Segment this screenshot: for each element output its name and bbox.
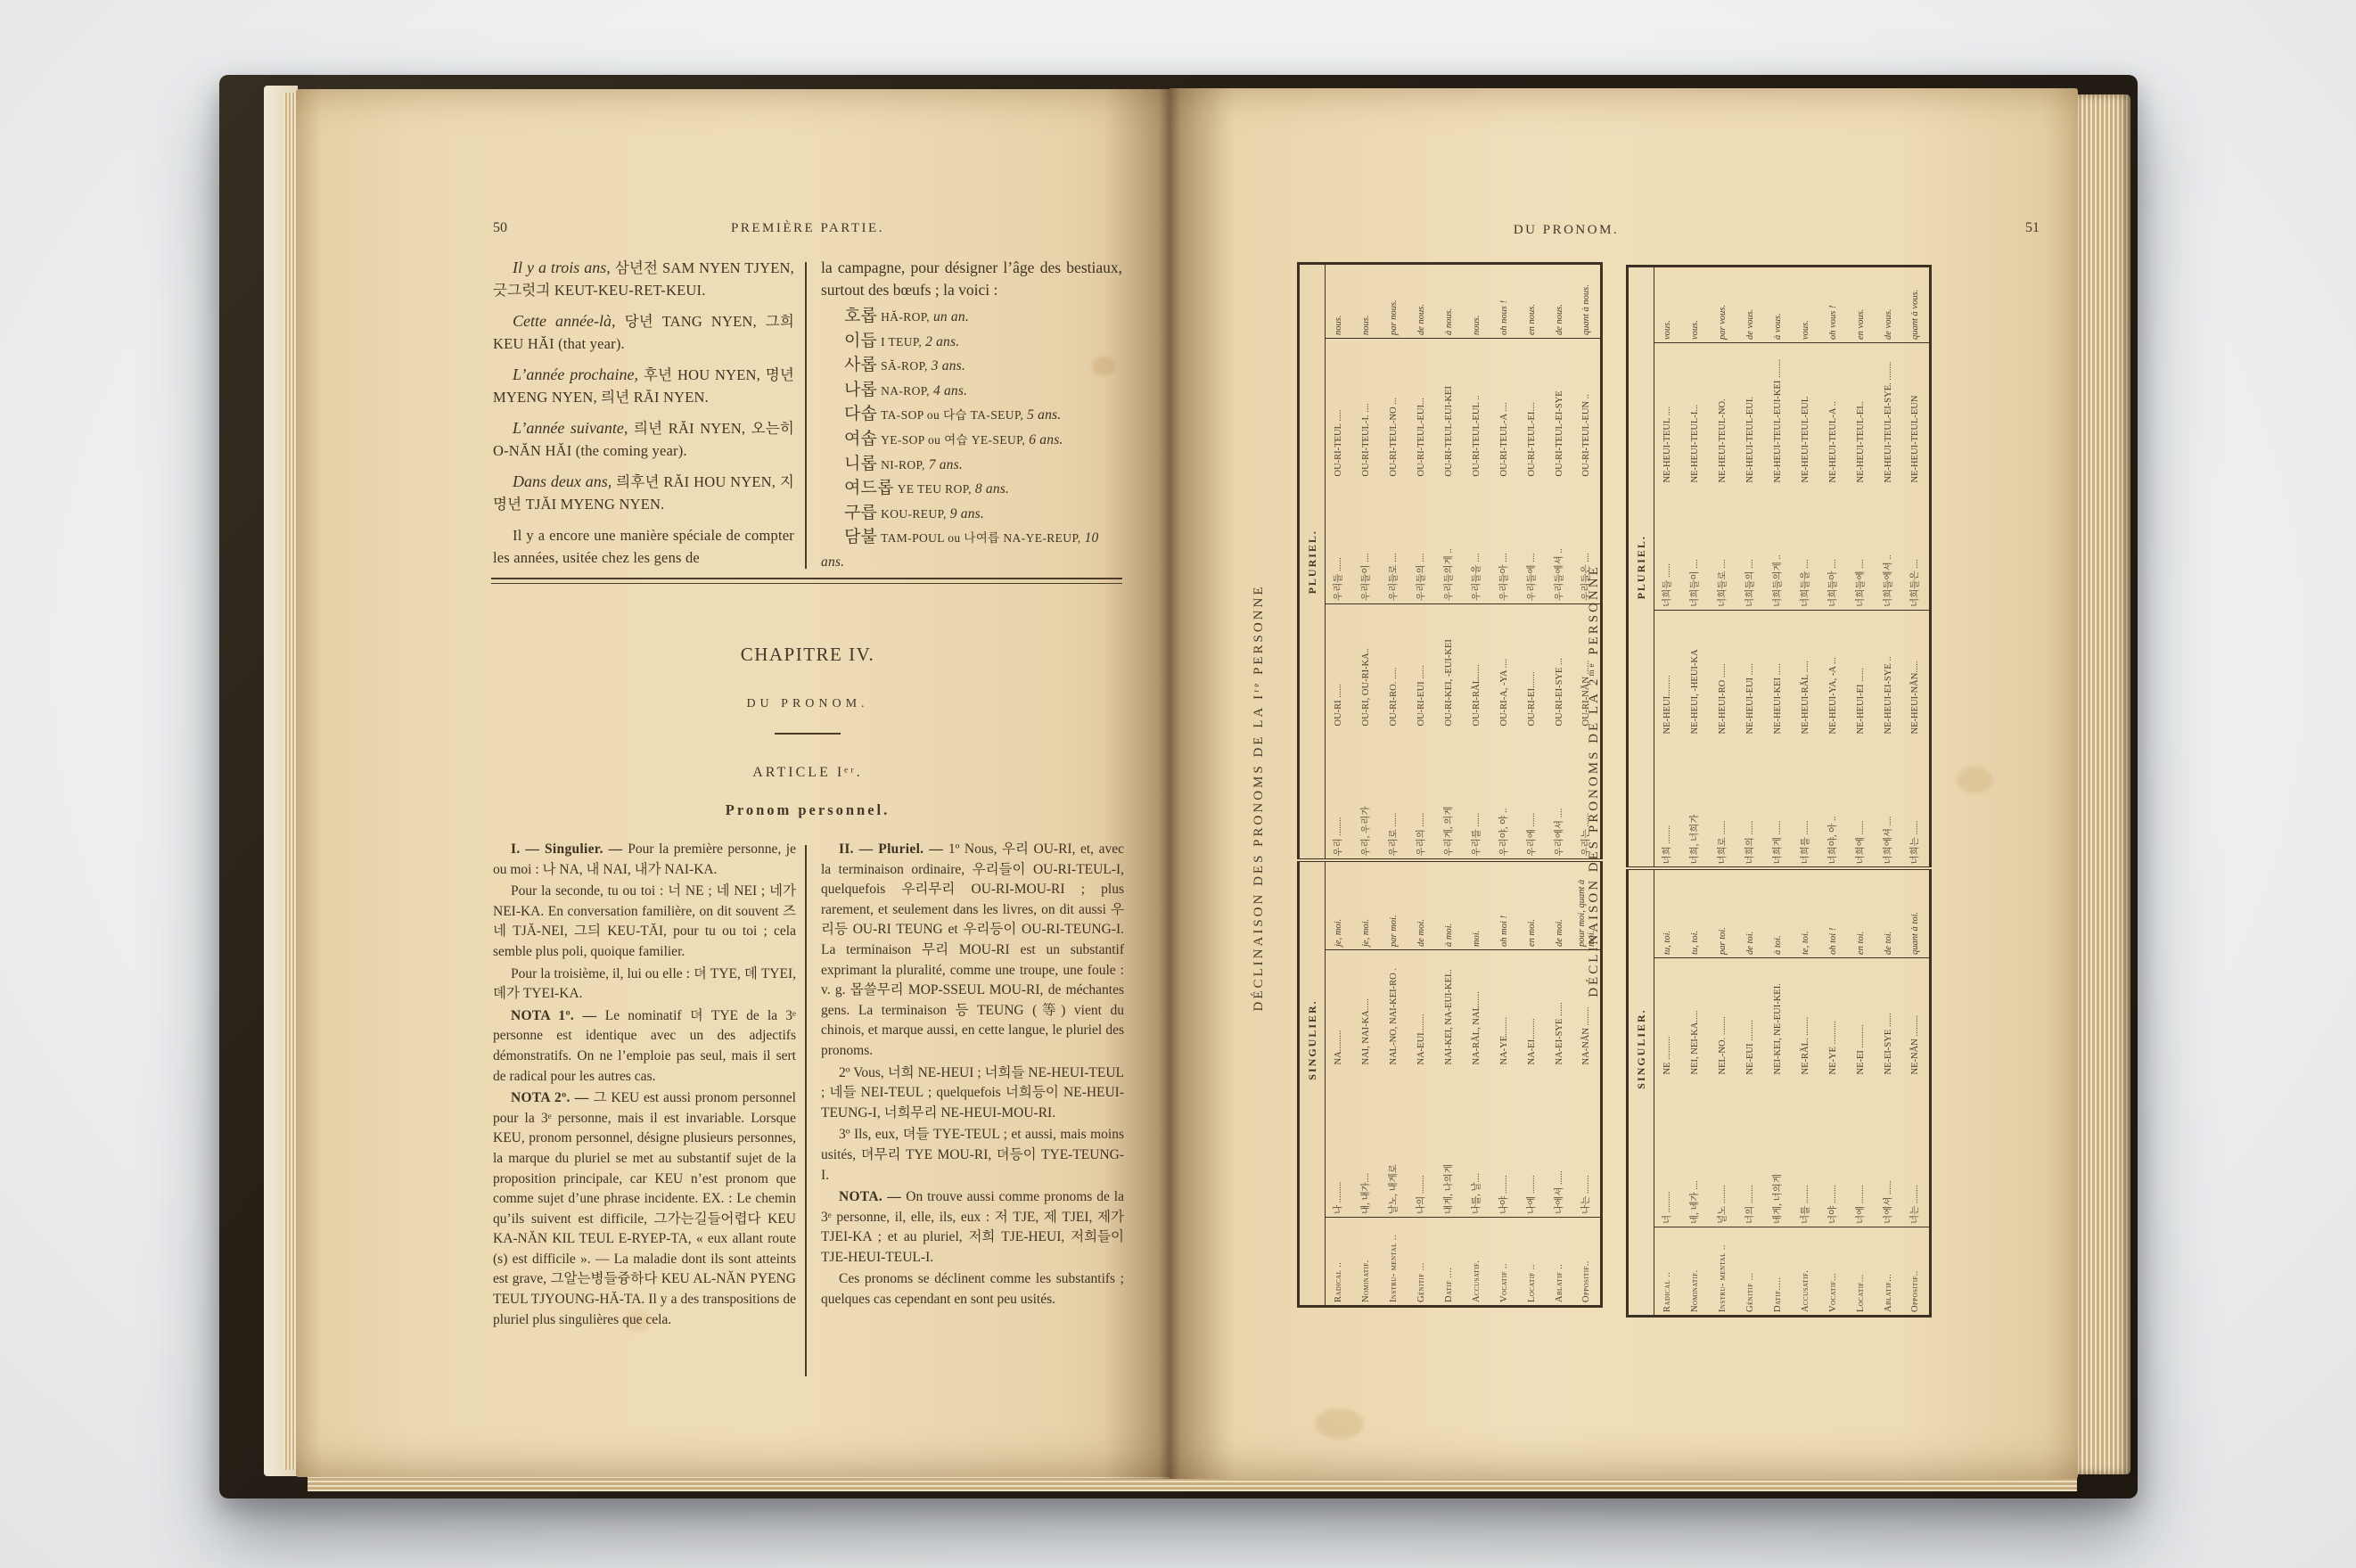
singular-gloss: je, moi. <box>1353 861 1381 950</box>
paragraph: Dans deux ans, 릐후년 RĂI HOU NYEN, 지명년 TJĂ… <box>493 471 794 515</box>
plural2-hangul: 우리들에 .... <box>1519 480 1547 604</box>
plural1-romanization: NE-HEUI-EUI ..... <box>1737 611 1765 737</box>
section-divider-rule <box>491 578 1122 584</box>
singular-gloss: par moi. <box>1381 861 1408 950</box>
singular-hangul: 네게, 너의게 <box>1765 1078 1793 1227</box>
plural-gloss: vous. <box>1793 266 1820 342</box>
plural-gloss: oh nous ! <box>1491 263 1519 338</box>
paragraph: Il y a trois ans, 삼년전 SAM NYEN TJYEN, 긋그… <box>493 257 794 301</box>
plural1-hangul: 너희 ........ <box>1654 737 1682 869</box>
case-label: Accusatif. <box>1793 1227 1820 1317</box>
plural2-romanization: NE-HEUI-TEUL-EI-SYE. ........ <box>1876 343 1903 486</box>
declension-row: Ablatif .. 나에셔 ...... NA-EI-SYE ...... d… <box>1547 263 1574 1306</box>
paragraph-text: 3º Ils, eux, 뎌들 TYE-TEUL ; et aussi, mai… <box>821 1127 1124 1182</box>
p50-body-right-column: II. — Pluriel. — 1º Nous, 우리 OU-RI, et, … <box>821 840 1124 1312</box>
singular-hangul: 나에 ........ <box>1519 1068 1547 1218</box>
singular-hangul: 내, 내가.... <box>1353 1068 1381 1218</box>
declension-row: Datif .... 내게, 나의게 NAI-KEI, NA-EUI-KEI..… <box>1436 263 1464 1306</box>
case-label: Vocatif... <box>1820 1227 1848 1317</box>
paragraph: Pour la troisième, il, lui ou elle : 뎌 T… <box>493 965 796 1005</box>
declension-table: SINGULIER. PLURIEL. Radical .. 나 .......… <box>1297 262 1603 1308</box>
plural2-romanization: NE-HEUI-TEUL-EI.. <box>1848 343 1876 486</box>
plural-gloss: quant à nous. <box>1574 263 1602 338</box>
age-list-item: 여솝 YE-SOP ou 여습 YE-SEUP, 6 ans. <box>821 428 1122 453</box>
plural1-romanization: NE-HEUI-YA, -A ... <box>1820 611 1848 737</box>
case-label: Génitif ... <box>1737 1227 1765 1317</box>
paragraph: Cette année-là, 당년 TANG NYEN, 그희 KEU HĂI… <box>493 310 794 355</box>
paragraph-lead: L’année suivante, <box>513 419 634 437</box>
declension-table-1st-person: SINGULIER. PLURIEL. Radical .. 나 .......… <box>1297 265 1602 1308</box>
case-label: Instru- mental .. <box>1710 1227 1737 1317</box>
paragraph: NOTA 2º. — 그 KEU est aussi pronom person… <box>493 1088 796 1330</box>
age-list-item: 이듭 I TEUP, 2 ans. <box>821 330 1122 355</box>
plural-gloss: quant à vous. <box>1903 266 1931 342</box>
case-label: Génitif ... <box>1408 1218 1436 1307</box>
article-heading: ARTICLE Iᵉʳ. <box>493 765 1122 781</box>
singular-hangul: 네, 네가 .... <box>1682 1078 1710 1227</box>
case-label: Nominatif. <box>1353 1218 1381 1307</box>
case-label: Vocatif .. <box>1491 1218 1519 1307</box>
hangul-text: 이듭 <box>844 332 877 350</box>
plural2-romanization: OU-RI-TEUL-EI.... <box>1519 339 1547 480</box>
singular-header: SINGULIER. <box>1628 869 1654 1227</box>
paragraph: NOTA. — On trouve aussi comme pronoms de… <box>821 1187 1124 1268</box>
ages-intro: la campagne, pour désigner l’âge des bes… <box>821 257 1122 301</box>
plural1-hangul: 우리에셔 .... <box>1547 729 1574 861</box>
case-column-header <box>1299 1218 1326 1307</box>
singular-gloss: moi. <box>1464 861 1491 950</box>
case-label: Ablatif .. <box>1547 1218 1574 1307</box>
plural-gloss: en vous. <box>1848 266 1876 342</box>
plural2-hangul: 우리들 ...... <box>1326 480 1353 604</box>
plural2-hangul: 우리들로 .... <box>1381 480 1408 604</box>
paragraph: Il y a encore une manière spéciale de co… <box>493 524 794 569</box>
singular-romanization: NAL-NO, NAI-KEI-RO . <box>1381 950 1408 1068</box>
declension-row: Locatif .. 나에 ........ NA-EI......... en… <box>1519 263 1547 1306</box>
plural-gloss: à nous. <box>1436 263 1464 338</box>
running-header-right: DU PRONOM. <box>1468 223 1664 238</box>
plural-gloss: nous. <box>1326 263 1353 338</box>
singular-hangul: 나를, 날.... <box>1464 1068 1491 1218</box>
plural2-romanization: OU-RI-TEUL-I. .... <box>1353 339 1381 480</box>
age-list-item: 여드롭 YE TEU ROP, 8 ans. <box>821 477 1122 502</box>
french-gloss: 8 ans. <box>975 481 1009 497</box>
plural1-romanization: OU-RI-RO. ..... <box>1381 604 1408 729</box>
plural2-romanization: NE-HEUI-TEUL-EUL <box>1793 343 1820 486</box>
plural2-hangul: 너희들의 .... <box>1737 486 1765 611</box>
singular-romanization: NA-EI......... <box>1519 950 1547 1068</box>
singular-romanization: NE-NĂN ......... <box>1903 958 1931 1078</box>
singular-gloss: tu, toi. <box>1682 869 1710 958</box>
paragraph-lead: Cette année-là, <box>513 312 625 330</box>
plural1-romanization: NE-HEUI-NĂN..... <box>1903 611 1931 737</box>
french-gloss: 9 ans. <box>950 506 984 521</box>
singular-hangul: 너는 ........ <box>1903 1078 1931 1227</box>
plural2-hangul: 너희들로 .... <box>1710 486 1737 611</box>
french-gloss: 3 ans. <box>932 358 965 374</box>
plural2-hangul: 너희들 ...... <box>1654 486 1682 611</box>
paragraph-lead: Il y a trois ans, <box>513 259 615 276</box>
hangul-text: 담불 <box>844 528 877 546</box>
romanization-text: HĂ-ROP, <box>881 310 930 324</box>
paragraph: 2º Vous, 너희 NE-HEUI ; 너희들 NE-HEUI-TEUL ;… <box>821 1063 1124 1124</box>
declension-row: Locatif... 너에 ........ NE-EI .......... … <box>1848 266 1876 1316</box>
table-header-row: SINGULIER. PLURIEL. <box>1299 263 1326 1306</box>
plural1-hangul: 우리, 우리가 <box>1353 729 1381 861</box>
plural1-romanization: OU-RI-EUI ...... <box>1408 604 1436 729</box>
paragraph-lead: L’année prochaine, <box>513 365 644 383</box>
singular-header: SINGULIER. <box>1299 861 1326 1218</box>
declension-row: Radical .. 너 ......... NE .......... tu,… <box>1654 266 1682 1316</box>
paragraph-text: Il y a encore une manière spéciale de co… <box>493 527 794 566</box>
french-gloss: 6 ans. <box>1029 432 1063 447</box>
plural2-romanization: OU-RI-TEUL-EUI-KEI <box>1436 339 1464 480</box>
case-label: Locatif .. <box>1519 1218 1547 1307</box>
plural2-romanization: OU-RI-TEUL-A .... <box>1491 339 1519 480</box>
hangul-text: 니롭 <box>844 455 877 473</box>
paragraph-text: 1º Nous, 우리 OU-RI, et, avec la terminais… <box>821 841 1124 1058</box>
paragraph: L’année prochaine, 후년 HOU NYEN, 명년 MYENG… <box>493 364 794 408</box>
romanization-text: YE TEU ROP, <box>898 482 972 496</box>
plural1-hangul: 너희에셔 .... <box>1876 737 1903 869</box>
plural-gloss: de nous. <box>1547 263 1574 338</box>
plural1-romanization: OU-RI ...... <box>1326 604 1353 729</box>
plural2-hangul: 너희들에 .... <box>1848 486 1876 611</box>
ages-list: 호롭 HĂ-ROP, un an. 이듭 I TEUP, 2 ans. 사롭 S… <box>821 305 1122 575</box>
singular-romanization: NE-EUI ......... <box>1737 958 1765 1078</box>
plural1-hangul: 너희야, 아 .. <box>1820 737 1848 869</box>
plural2-romanization: NE-HEUI-TEUL-EUI-KEI ........ <box>1765 343 1793 486</box>
paragraph-lead: Dans deux ans, <box>513 472 616 490</box>
plural1-romanization: OU-RI-KEI, -EUI-KEI <box>1436 604 1464 729</box>
singular-hangul: 나는 ........ <box>1574 1068 1602 1218</box>
plural2-romanization: OU-RI-TEUL-EUL .. <box>1464 339 1491 480</box>
singular-hangul: 너의 ........ <box>1737 1078 1765 1227</box>
paragraph-text: Pour la seconde, tu ou toi : 너 NE ; 네 NE… <box>493 883 796 959</box>
page-stack-right <box>2077 94 2130 1474</box>
declension-row: Ablatif... 너에셔 ...... NE-EI-SYE ...... d… <box>1876 266 1903 1316</box>
french-gloss: 2 ans. <box>925 334 959 349</box>
romanization-text: I TEUP, <box>881 335 922 349</box>
hangul-text: 호롭 <box>844 307 877 325</box>
case-label: Oppositif.. <box>1903 1227 1931 1317</box>
plural-gloss: nous. <box>1353 263 1381 338</box>
singular-romanization: NEI-KEI, NE-EUI-KEI. <box>1765 958 1793 1078</box>
case-label: Instru- mental .. <box>1381 1218 1408 1307</box>
singular-romanization: NE .......... <box>1654 958 1682 1078</box>
plural1-romanization: OU-RI-EI....... <box>1519 604 1547 729</box>
french-gloss: un an. <box>933 309 969 324</box>
romanization-text: NI-ROP, <box>881 458 925 472</box>
heading-rule <box>775 733 841 735</box>
romanization-text: KOU-REUP, <box>881 507 947 521</box>
singular-hangul: 날노, 내게로 <box>1381 1068 1408 1218</box>
column-divider-body <box>805 845 807 1376</box>
hangul-text: 다솝 <box>844 405 877 423</box>
table-header-row: SINGULIER. PLURIEL. <box>1628 266 1654 1316</box>
singular-gloss: en toi. <box>1848 869 1876 958</box>
plural-gloss: par nous. <box>1381 263 1408 338</box>
paragraph: I. — Singulier. — Pour la première perso… <box>493 840 796 880</box>
singular-gloss: quant à toi. <box>1903 869 1931 958</box>
plural1-hangul: 너희로 ...... <box>1710 737 1737 869</box>
singular-gloss: de toi. <box>1876 869 1903 958</box>
plural2-romanization: OU-RI-TEUL ..... <box>1326 339 1353 480</box>
plural2-romanization: OU-RI-TEUL-NO ... <box>1381 339 1408 480</box>
plural1-romanization: OU-RI, OU-RI-KA.. <box>1353 604 1381 729</box>
declension-table: SINGULIER. PLURIEL. Radical .. 너 .......… <box>1626 265 1932 1318</box>
plural2-romanization: NE-HEUI-TEUL-A .. <box>1820 343 1848 486</box>
plural-header: PLURIEL. <box>1628 266 1654 868</box>
romanization-text: TA-SOP ou 다습 TA-SEUP, <box>881 408 1023 422</box>
age-list-item: 사롭 SĂ-ROP, 3 ans. <box>821 354 1122 379</box>
plural-gloss: nous. <box>1464 263 1491 338</box>
table1-caption: DÉCLINAISON DES PRONOMS DE LA Iʳᵉ PERSON… <box>1252 560 1278 1036</box>
age-list-item: 나롭 NA-ROP, 4 ans. <box>821 379 1122 404</box>
singular-romanization: NAI, NAI-KA..... <box>1353 950 1381 1068</box>
paragraph-text: 그 KEU est aussi pronom personnel pour la… <box>493 1090 796 1327</box>
case-label: Accusatif. <box>1464 1218 1491 1307</box>
singular-gloss: tu, toi. <box>1654 869 1682 958</box>
declension-row: Accusatif. 나를, 날.... NA-RĂL, NAL...... m… <box>1464 263 1491 1306</box>
singular-hangul: 나의 ........ <box>1408 1068 1436 1218</box>
plural1-hangul: 너희게 ...... <box>1765 737 1793 869</box>
case-label: Radical .. <box>1654 1227 1682 1317</box>
singular-romanization: NE-EI .......... <box>1848 958 1876 1078</box>
plural1-hangul: 너희를 ...... <box>1793 737 1820 869</box>
plural1-romanization: NE-HEUI-EI ...... <box>1848 611 1876 737</box>
singular-romanization: NA-RĂL, NAL...... <box>1464 950 1491 1068</box>
case-label: Ablatif... <box>1876 1227 1903 1317</box>
singular-romanization: NEL-NO. ........ <box>1710 958 1737 1078</box>
chapter-title: CHAPITRE IV. <box>493 644 1122 666</box>
singular-gloss: de toi. <box>1737 869 1765 958</box>
singular-hangul: 너에셔 ...... <box>1876 1078 1903 1227</box>
plural2-hangul: 너희들에셔 .. <box>1876 486 1903 611</box>
case-label: Locatif... <box>1848 1227 1876 1317</box>
plural1-hangul: 우리를 ...... <box>1464 729 1491 861</box>
singular-gloss: à moi. <box>1436 861 1464 950</box>
singular-gloss: par toi. <box>1710 869 1737 958</box>
hangul-text: 사롭 <box>844 356 877 374</box>
singular-romanization: NA-EI-SYE ...... <box>1547 950 1574 1068</box>
paragraph-lead: II. — Pluriel. — <box>839 841 948 857</box>
case-column-header <box>1628 1227 1654 1317</box>
case-label: Nominatif. <box>1682 1227 1710 1317</box>
french-gloss: 5 ans. <box>1027 407 1061 423</box>
singular-romanization: NA-YE........ <box>1491 950 1519 1068</box>
romanization-text: TAM-POUL ou 나여릅 NA-YE-REUP, <box>881 531 1081 545</box>
singular-hangul: 널노 ........ <box>1710 1078 1737 1227</box>
hangul-text: 나롭 <box>844 381 877 399</box>
singular-romanization: NE-RĂL. ........ <box>1793 958 1820 1078</box>
declension-row: Radical .. 나 ......... NA......... je, m… <box>1326 263 1353 1306</box>
table1-caption-wrap: DÉCLINAISON DES PRONOMS DE LA Iʳᵉ PERSON… <box>1252 560 1278 1036</box>
declension-table-2nd-person: SINGULIER. PLURIEL. Radical .. 너 .......… <box>1626 267 1931 1318</box>
declension-row: Génitif ... 나의 ........ NA-EUI........ d… <box>1408 263 1436 1306</box>
declension-row: Vocatif... 너야 ........ NE-YE .......... … <box>1820 266 1848 1316</box>
plural2-romanization: NE-HEUI-TEUL-EUI. <box>1737 343 1765 486</box>
plural2-romanization: NE-HEUI-TEUL-EUN <box>1903 343 1931 486</box>
plural2-romanization: NE-HEUI-TEUL .... <box>1654 343 1682 486</box>
paper-stain <box>1957 767 1992 793</box>
plural1-hangul: 우리의 ...... <box>1408 729 1436 861</box>
paragraph-text: Ces pronoms se déclinent comme les subst… <box>821 1271 1124 1307</box>
plural2-romanization: OU-RI-TEUL-EUI... <box>1408 339 1436 480</box>
plural2-hangul: 너희들아 .... <box>1820 486 1848 611</box>
plural2-hangul: 너희들이 .... <box>1682 486 1710 611</box>
age-list-item: 니롭 NI-ROP, 7 ans. <box>821 453 1122 478</box>
p50-top-left-column: Il y a trois ans, 삼년전 SAM NYEN TJYEN, 긋그… <box>493 257 794 578</box>
hangul-text: 여드롭 <box>844 479 894 497</box>
hangul-text: 구릅 <box>844 504 877 522</box>
plural1-hangul: 너희의 ...... <box>1737 737 1765 869</box>
singular-gloss: te, toi. <box>1793 869 1820 958</box>
declension-row: Nominatif. 네, 네가 .... NEI, NEI-KA..... t… <box>1682 266 1710 1316</box>
declension-row: Oppositif.. 너는 ........ NE-NĂN .........… <box>1903 266 1931 1316</box>
plural-gloss: oh vous ! <box>1820 266 1848 342</box>
book-photo: 50 PREMIÈRE PARTIE. Il y a trois ans, 삼년… <box>0 0 2356 1568</box>
plural-gloss: à vous. <box>1765 266 1793 342</box>
singular-romanization: NE-EI-SYE ...... <box>1876 958 1903 1078</box>
plural2-hangul: 우리들이 .... <box>1353 480 1381 604</box>
plural2-hangul: 우리들의게 .. <box>1436 480 1464 604</box>
age-list-item: 구릅 KOU-REUP, 9 ans. <box>821 502 1122 527</box>
romanization-text: SĂ-ROP, <box>881 359 928 373</box>
plural-gloss: vous. <box>1682 266 1710 342</box>
plural1-romanization: OU-RI-RĂL...... <box>1464 604 1491 729</box>
singular-romanization: NA-EUI........ <box>1408 950 1436 1068</box>
singular-hangul: 너를 ........ <box>1793 1078 1820 1227</box>
plural2-hangul: 너희들은 .... <box>1903 486 1931 611</box>
paragraph-text: Pour la troisième, il, lui ou elle : 뎌 T… <box>493 966 796 1002</box>
case-label: Datif .... <box>1436 1218 1464 1307</box>
plural1-hangul: 너희, 너희가 <box>1682 737 1710 869</box>
plural2-romanization: OU-RI-TEUL-EUN .. <box>1574 339 1602 480</box>
age-list-item: 호롭 HĂ-ROP, un an. <box>821 305 1122 330</box>
plural2-hangul: 우리들의 .... <box>1408 480 1436 604</box>
p50-body-left-column: I. — Singulier. — Pour la première perso… <box>493 840 796 1332</box>
singular-hangul: 나에셔 ...... <box>1547 1068 1574 1218</box>
plural-gloss: en nous. <box>1519 263 1547 338</box>
declension-row: Nominatif. 내, 내가.... NAI, NAI-KA..... je… <box>1353 263 1381 1306</box>
romanization-text: NA-ROP, <box>881 384 930 398</box>
singular-hangul: 나 ......... <box>1326 1068 1353 1218</box>
plural1-hangul: 우리야, 야 .. <box>1491 729 1519 861</box>
paragraph: II. — Pluriel. — 1º Nous, 우리 OU-RI, et, … <box>821 840 1124 1062</box>
paragraph: 3º Ils, eux, 뎌들 TYE-TEUL ; et aussi, mai… <box>821 1125 1124 1186</box>
declension-row: Datif..... 네게, 너의게 NEI-KEI, NE-EUI-KEI. … <box>1765 266 1793 1316</box>
paragraph-lead: I. — Singulier. — <box>511 841 628 857</box>
singular-gloss: oh toi ! <box>1820 869 1848 958</box>
plural2-hangul: 너희들의게 .. <box>1765 486 1793 611</box>
paper-stain <box>1315 1408 1364 1439</box>
plural1-romanization: NE-HEUI-RO ...... <box>1710 611 1737 737</box>
plural1-hangul: 우리로 ...... <box>1381 729 1408 861</box>
singular-romanization: NA......... <box>1326 950 1353 1068</box>
french-gloss: 4 ans. <box>933 383 967 398</box>
plural1-hangul: 너희에 ...... <box>1848 737 1876 869</box>
plural2-romanization: OU-RI-TEUL-EI-SYE <box>1547 339 1574 480</box>
declension-row: Instru- mental .. 널노 ........ NEL-NO. ..… <box>1710 266 1737 1316</box>
singular-hangul: 너야 ........ <box>1820 1078 1848 1227</box>
plural1-romanization: NE-HEUI-RĂL ..... <box>1793 611 1820 737</box>
plural2-romanization: NE-HEUI-TEUL-I... <box>1682 343 1710 486</box>
declension-row: Accusatif. 너를 ........ NE-RĂL. ........ … <box>1793 266 1820 1316</box>
declension-row: Génitif ... 너의 ........ NE-EUI .........… <box>1737 266 1765 1316</box>
paragraph: NOTA 1º. — Le nominatif 뎌 TYE de la 3ᵉ p… <box>493 1006 796 1087</box>
singular-hangul: 너 ......... <box>1654 1078 1682 1227</box>
plural-gloss: par vous. <box>1710 266 1737 342</box>
singular-romanization: NAI-KEI, NA-EUI-KEI.. <box>1436 950 1464 1068</box>
case-label: Oppositif.. <box>1574 1218 1602 1307</box>
article-subject: Pronom personnel. <box>493 801 1122 819</box>
plural1-romanization: NE-HEUI-EI-SYE .. <box>1876 611 1903 737</box>
plural1-romanization: OU-RI-A, -YA .... <box>1491 604 1519 729</box>
case-label: Radical .. <box>1326 1218 1353 1307</box>
plural2-hangul: 우리들아 .... <box>1491 480 1519 604</box>
paragraph: Pour la seconde, tu ou toi : 너 NE ; 네 NE… <box>493 882 796 962</box>
singular-gloss: de moi. <box>1547 861 1574 950</box>
plural-gloss: de vous. <box>1737 266 1765 342</box>
plural2-hangul: 너희들을 .... <box>1793 486 1820 611</box>
age-list-item: 담불 TAM-POUL ou 나여릅 NA-YE-REUP, 10 ans. <box>821 526 1122 574</box>
plural1-hangul: 우리게, 의게 <box>1436 729 1464 861</box>
chapter-subtitle: DU PRONOM. <box>493 697 1122 711</box>
singular-gloss: je, moi. <box>1326 861 1353 950</box>
paragraph-lead: NOTA. — <box>839 1189 906 1204</box>
paragraph: Ces pronoms se déclinent comme les subst… <box>821 1269 1124 1309</box>
table2-caption: DÉCLINAISON DES PRONOMS DE LA 2ᵐᵉ PERSON… <box>1587 492 1613 1070</box>
singular-romanization: NE-YE .......... <box>1820 958 1848 1078</box>
page-number-right: 51 <box>2004 220 2040 236</box>
running-header-left: PREMIÈRE PARTIE. <box>493 221 1122 236</box>
plural1-romanization: NE-HEUI......... <box>1654 611 1682 737</box>
romanization-text: YE-SOP ou 여습 YE-SEUP, <box>881 433 1025 447</box>
singular-gloss: à toi. <box>1765 869 1793 958</box>
singular-gloss: de moi. <box>1408 861 1436 950</box>
singular-gloss: oh moi ! <box>1491 861 1519 950</box>
plural1-romanization: NE-HEUI-KEI ..... <box>1765 611 1793 737</box>
plural1-hangul: 우리 ........ <box>1326 729 1353 861</box>
singular-romanization: NEI, NEI-KA..... <box>1682 958 1710 1078</box>
plural2-hangul: 우리들에셔 .. <box>1547 480 1574 604</box>
paragraph-lead: NOTA 1º. — <box>511 1008 605 1023</box>
column-divider-top <box>805 262 807 569</box>
hangul-text: 여솝 <box>844 430 877 448</box>
case-label: Datif..... <box>1765 1227 1793 1317</box>
p50-top-right-column: la campagne, pour désigner l’âge des bes… <box>821 257 1122 575</box>
plural2-romanization: NE-HEUI-TEUL-NO. <box>1710 343 1737 486</box>
plural1-hangul: 우리에 ...... <box>1519 729 1547 861</box>
age-list-item: 다솝 TA-SOP ou 다습 TA-SEUP, 5 ans. <box>821 403 1122 428</box>
french-gloss: 7 ans. <box>929 457 963 472</box>
plural2-hangul: 우리들을 .... <box>1464 480 1491 604</box>
plural-gloss: de nous. <box>1408 263 1436 338</box>
singular-hangul: 내게, 나의게 <box>1436 1068 1464 1218</box>
plural1-romanization: OU-RI-EI-SYE ... <box>1547 604 1574 729</box>
plural-gloss: vous. <box>1654 266 1682 342</box>
plural1-romanization: NE-HEUI, -HEUI-KA <box>1682 611 1710 737</box>
singular-hangul: 나야 ........ <box>1491 1068 1519 1218</box>
table2-caption-wrap: DÉCLINAISON DES PRONOMS DE LA 2ᵐᵉ PERSON… <box>1587 492 1613 1070</box>
plural1-hangul: 너희는 ...... <box>1903 737 1931 869</box>
paragraph: L’année suivante, 릐년 RĂI NYEN, 오는히 O-NĂN… <box>493 417 794 462</box>
paragraph-text: 2º Vous, 너희 NE-HEUI ; 너희들 NE-HEUI-TEUL ;… <box>821 1065 1124 1121</box>
plural-header: PLURIEL. <box>1299 263 1326 860</box>
paragraph-lead: NOTA 2º. — <box>511 1090 594 1105</box>
singular-gloss: en moi. <box>1519 861 1547 950</box>
